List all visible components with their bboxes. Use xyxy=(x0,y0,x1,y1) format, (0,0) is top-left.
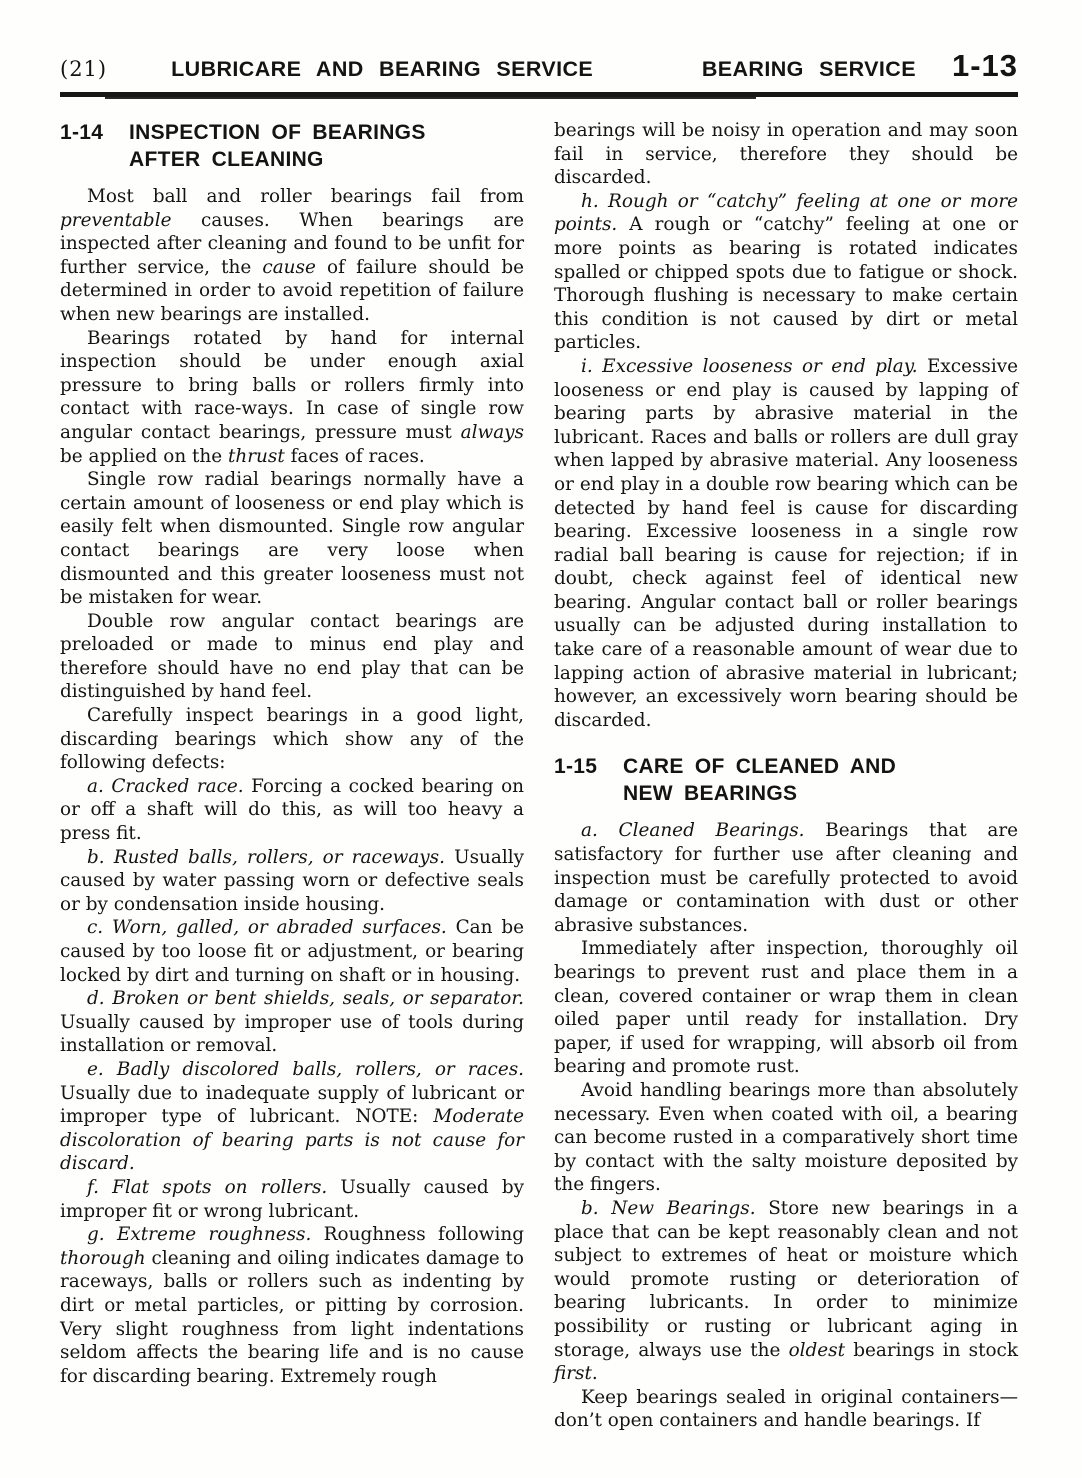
page-header: (21) LUBRICARE AND BEARING SERVICE BEARI… xyxy=(60,48,1018,84)
defect-item-c-worn-galled: c. Worn, galled, or abraded surfaces. Ca… xyxy=(60,916,524,987)
defect-item-h-rough-catchy: h. Rough or “catchy” feeling at one or m… xyxy=(554,190,1018,355)
section-number: 1-14 xyxy=(60,119,129,173)
defect-item-a-cracked-race: a. Cracked race. Forcing a cocked bearin… xyxy=(60,775,524,846)
section-number: 1-15 xyxy=(554,753,623,807)
section-heading-1-14: 1-14 INSPECTION OF BEARINGS AFTER CLEANI… xyxy=(60,119,524,173)
defect-item-g-roughness: g. Extreme roughness. Roughness followin… xyxy=(60,1223,524,1388)
section-title-line-2: NEW BEARINGS xyxy=(623,782,797,805)
para-preventable-causes: Most ball and roller bearings fail from … xyxy=(60,185,524,327)
section-title-line-1: CARE OF CLEANED AND xyxy=(623,755,896,778)
section-title-line-2: AFTER CLEANING xyxy=(129,148,324,171)
manual-page: (21) LUBRICARE AND BEARING SERVICE BEARI… xyxy=(0,0,1082,1478)
section-title: INSPECTION OF BEARINGS AFTER CLEANING xyxy=(129,119,524,173)
para-oil-after-inspection: Immediately after inspection, thoroughly… xyxy=(554,937,1018,1079)
defect-item-e-discolored: e. Badly discolored balls, rollers, or r… xyxy=(60,1058,524,1176)
column-left: 1-14 INSPECTION OF BEARINGS AFTER CLEANI… xyxy=(60,119,524,1433)
care-item-a-cleaned-bearings: a. Cleaned Bearings. Bearings that are s… xyxy=(554,819,1018,937)
section-title: CARE OF CLEANED AND NEW BEARINGS xyxy=(623,753,1018,807)
defect-item-b-rusted: b. Rusted balls, rollers, or raceways. U… xyxy=(60,846,524,917)
defect-item-d-broken-shields: d. Broken or bent shields, seals, or sep… xyxy=(60,987,524,1058)
section-heading-1-15: 1-15 CARE OF CLEANED AND NEW BEARINGS xyxy=(554,753,1018,807)
para-inspect-in-good-light: Carefully inspect bearings in a good lig… xyxy=(60,704,524,775)
defect-item-f-flat-spots: f. Flat spots on rollers. Usually caused… xyxy=(60,1176,524,1223)
para-noisy-continuation: bearings will be noisy in operation and … xyxy=(554,119,1018,190)
running-title-left: LUBRICARE AND BEARING SERVICE xyxy=(171,57,593,82)
defect-item-i-excessive-looseness: i. Excessive looseness or end play. Exce… xyxy=(554,355,1018,733)
header-rule xyxy=(60,92,1018,97)
page-ref-left: (21) xyxy=(60,57,107,81)
para-keep-sealed: Keep bearings sealed in original contain… xyxy=(554,1386,1018,1433)
section-title-line-1: INSPECTION OF BEARINGS xyxy=(129,121,426,144)
para-double-row-preload: Double row angular contact bearings are … xyxy=(60,610,524,704)
para-avoid-handling: Avoid handling bearings more than absolu… xyxy=(554,1079,1018,1197)
column-right: bearings will be noisy in operation and … xyxy=(554,119,1018,1433)
care-item-b-new-bearings: b. New Bearings. Store new bearings in a… xyxy=(554,1197,1018,1386)
page-number: 1-13 xyxy=(952,48,1018,84)
running-title-right: BEARING SERVICE xyxy=(702,57,916,82)
para-axial-pressure: Bearings rotated by hand for internal in… xyxy=(60,327,524,469)
content-columns: 1-14 INSPECTION OF BEARINGS AFTER CLEANI… xyxy=(60,119,1018,1433)
para-single-row-looseness: Single row radial bearings normally have… xyxy=(60,468,524,610)
